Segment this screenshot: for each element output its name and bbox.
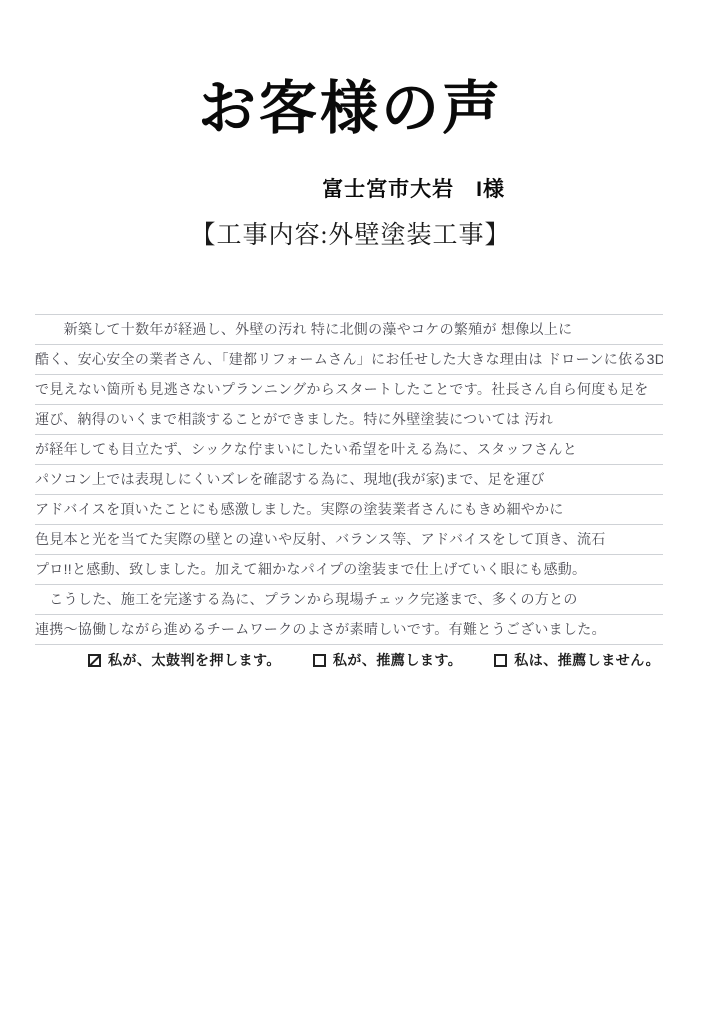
handwritten-line: パソコン上では表現しにくいズレを確認する為に、現地(我が家)まで、足を運び [35,464,663,494]
rating-option: 私が、推薦します。 [313,650,462,670]
handwritten-line: 色見本と光を当てた実際の壁との違いや反射、バランス等、アドバイスをして頂き、流石 [35,524,663,554]
handwritten-line: アドバイスを頂いたことにも感激しました。実際の塗装業者さんにもきめ細やかに [35,494,663,524]
rating-label: 私が、太鼓判を押します。 [108,650,281,670]
work-description-heading: 【工事内容:外壁塗装工事】 [0,221,701,251]
handwritten-line: 連携〜協働しながら進めるチームワークのよさが素晴しいです。有難とうございました。 [35,614,663,644]
page-title: お客様の声 [0,80,701,138]
handwritten-line: で見えない箇所も見逃さないプランニングからスタートしたことです。社長さん自ら何度… [35,374,663,404]
handwritten-line: プロ!!と感動、致しました。加えて細かなパイプの塗装まで仕上げていく眼にも感動。 [35,554,663,584]
checkbox-icon [88,654,101,667]
handwritten-line: 新築して十数年が経過し、外壁の汚れ 特に北側の藻やコケの繁殖が 想像以上に [35,314,663,344]
testimonial-paper: 新築して十数年が経過し、外壁の汚れ 特に北側の藻やコケの繁殖が 想像以上に酷く、… [35,314,663,645]
checkbox-icon [494,654,507,667]
rating-options: 私が、太鼓判を押します。 私が、推薦します。 私は、推薦しません。 [88,650,660,670]
rating-label: 私は、推薦しません。 [514,650,660,670]
checkbox-icon [313,654,326,667]
handwritten-line: が経年しても目立たず、シックな佇まいにしたい希望を叶える為に、スタッフさんと [35,434,663,464]
customer-name: 富士宮市大岩 I様 [322,177,505,202]
rating-label: 私が、推薦します。 [333,650,462,670]
customer-voice-document: お客様の声 富士宮市大岩 I様 【工事内容:外壁塗装工事】 新築して十数年が経過… [0,0,701,1024]
rating-option: 私は、推薦しません。 [494,650,660,670]
handwritten-line: 酷く、安心安全の業者さん、「建都リフォームさん」にお任せした大きな理由は ドロー… [35,344,663,374]
rating-option: 私が、太鼓判を押します。 [88,650,281,670]
testimonial-text: 新築して十数年が経過し、外壁の汚れ 特に北側の藻やコケの繁殖が 想像以上に酷く、… [35,314,663,645]
handwritten-line: 運び、納得のいくまで相談することができました。特に外壁塗装については 汚れ [35,404,663,434]
handwritten-line: こうした、施工を完遂する為に、プランから現場チェック完遂まで、多くの方との [35,584,663,614]
